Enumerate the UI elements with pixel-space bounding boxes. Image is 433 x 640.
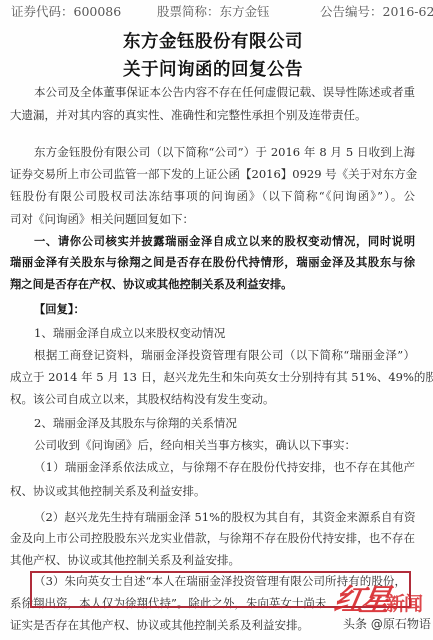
- fact-1-line: （1）瑞丽金泽系依法成立，与徐翔不存在股份代持安排，也不存在其他产: [34, 459, 415, 475]
- question-line: 一、请你公司核实并披露瑞丽金泽自成立以来的股权变动情况，同时说明: [34, 234, 415, 250]
- watermark-source: 头条 @原石物语: [343, 616, 431, 632]
- intro-line: 东方金钰股份有限公司（以下简称“公司”）于 2016 年 8 月 5 日收到上海: [34, 144, 415, 160]
- section-heading-1: 1、瑞丽金泽自成立以来股权变动情况: [34, 325, 415, 341]
- announcement-page: 证券代码：600086 股票简称：东方金钰 公告编号：2016-62 东方金钰股…: [0, 0, 433, 640]
- stock-code: 证券代码：600086: [11, 4, 121, 20]
- title-company: 东方金钰股份有限公司: [0, 30, 426, 54]
- fact-2-line: 其他产权、协议或其他控制关系及利益安排。: [10, 552, 415, 568]
- notice-number: 公告编号：2016-62: [320, 4, 433, 20]
- title-notice: 关于问询函的回复公告: [0, 58, 426, 82]
- fact-2-line: 金及向上市公司控股股东兴龙实业借款，与徐翔不存在股份代持安排，也不存在: [10, 530, 415, 546]
- intro-line: 钰股份有限公司股权司法冻结事项的问询函》（以下简称“《问询函》”）。公: [10, 188, 415, 204]
- reply-label: 【回复】：: [34, 302, 415, 318]
- reply-line: 成立于 2014 年 5 月 13 日，赵兴龙先生和朱向英女士分别持有其 51%…: [10, 369, 415, 385]
- watermark: 红星 新闻 头条 @原石物语: [330, 584, 430, 634]
- fact-2-line: （2）赵兴龙先生持有瑞丽金泽 51%的股权为其自有，其资金来源系自有资: [34, 509, 415, 525]
- section-heading-2: 2、瑞丽金泽及其股东与徐翔的关系情况: [34, 415, 415, 431]
- intro-line: 司对《问询函》相关问题回复如下：: [10, 211, 415, 227]
- reply-line: 根据工商登记资料，瑞丽金泽投资管理有限公司（以下简称“瑞丽金泽”）: [34, 347, 415, 363]
- watermark-brand-part1: 红星: [331, 584, 389, 618]
- question-line: 瑞丽金泽有关股东与徐翔之间是否存在股份代持情形，瑞丽金泽及其股东与徐: [10, 255, 415, 271]
- reply-line: 权。该公司自成立以来，其股权结构没有发生变动。: [10, 391, 415, 407]
- stock-name: 股票简称：东方金钰: [157, 4, 270, 20]
- fact-1-line: 权、协议或其他控制关系及利益安排。: [10, 483, 415, 499]
- disclaimer-line: 本公司及全体董事保证本公告内容不存在任何虚假记载、误导性陈述或者重: [34, 84, 415, 100]
- watermark-brand-part2: 新闻: [386, 592, 422, 616]
- intro-line: 证券交易所上市公司监管一部下发的上证公函【2016】0929 号《关于对东方金: [10, 166, 415, 182]
- disclaimer-line: 大遗漏，并对其内容的真实性、准确性和完整性承担个别及连带责任。: [10, 107, 415, 123]
- reply-line: 公司收到《问询函》后，经向相关当事方核实，确认以下事实：: [34, 437, 415, 453]
- question-line: 翔之间是否存在产权、协议或其他控制关系及利益安排。: [10, 277, 415, 293]
